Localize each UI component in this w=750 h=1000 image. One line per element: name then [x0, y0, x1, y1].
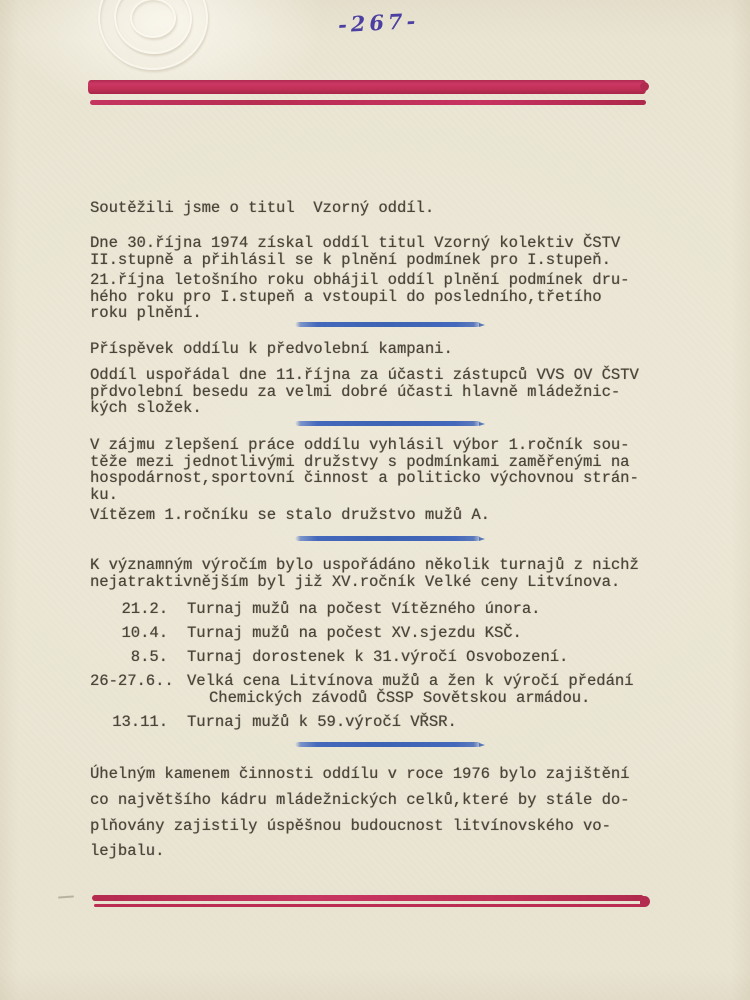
- typed-line: Turnaj mužů na počest Vítězného února.: [187, 601, 540, 618]
- event-description: Turnaj mužů k 59.výročí VŘSR.: [187, 714, 457, 731]
- section-heading: Soutěžili jsme o titul Vzorný oddíl.: [90, 200, 434, 217]
- paragraph: Dne 30.října 1974 získal oddíl titul Vzo…: [90, 235, 620, 268]
- typed-line: Turnaj mužů k 59.výročí VŘSR.: [187, 714, 457, 731]
- event-date: 21.2.: [90, 601, 168, 618]
- event-row: 13.11.Turnaj mužů k 59.výročí VŘSR.: [90, 714, 633, 731]
- event-date: 10.4.: [90, 625, 168, 642]
- event-row: 21.2.Turnaj mužů na počest Vítězného úno…: [90, 601, 633, 618]
- event-row: 10.4.Turnaj mužů na počest XV.sjezdu KSČ…: [90, 625, 633, 642]
- event-description: Velká cena Litvínova mužů a žen k výročí…: [187, 673, 633, 706]
- typed-line: Turnaj mužů na počest XV.sjezdu KSČ.: [187, 625, 522, 642]
- typed-line: přdvolební besedu za velmi dobré účasti …: [90, 384, 639, 401]
- event-date: 13.11.: [90, 714, 168, 731]
- typed-line: plňovány zajistily úspěšnou budoucnost l…: [90, 814, 630, 840]
- typed-line: kých složek.: [90, 400, 639, 417]
- bottom-red-rule: [92, 895, 650, 909]
- blue-divider: [295, 742, 481, 747]
- blue-marker-line: [295, 322, 481, 327]
- typed-line: Soutěžili jsme o titul Vzorný oddíl.: [90, 200, 434, 217]
- typewritten-content: Soutěžili jsme o titul Vzorný oddíl.Dne …: [90, 0, 710, 1000]
- typed-line: Vítězem 1.ročníku se stalo družstvo mužů…: [90, 507, 490, 524]
- event-description: Turnaj mužů na počest Vítězného února.: [187, 601, 540, 618]
- typed-line: roku plnění.: [90, 305, 630, 322]
- typed-line: Dne 30.října 1974 získal oddíl titul Vzo…: [90, 235, 620, 252]
- red-line-cap: [640, 896, 650, 907]
- blue-divider: [295, 421, 481, 426]
- typed-line: těže mezi jednotlivými družstvy s podmín…: [90, 454, 639, 471]
- typed-line: Turnaj dorostenek k 31.výročí Osvobození…: [187, 649, 568, 666]
- typed-line: Chemických závodů ČSSP Sovětskou armádou…: [209, 690, 633, 707]
- event-description: Turnaj dorostenek k 31.výročí Osvobození…: [187, 649, 568, 666]
- event-date: 8.5.: [90, 649, 168, 666]
- red-line-lower: [94, 904, 642, 907]
- paragraph: Oddíl uspořádal dne 11.října za účasti z…: [90, 367, 639, 417]
- blue-marker-line: [295, 536, 481, 541]
- blue-marker-line: [295, 421, 481, 426]
- event-row: 26-27.6..Velká cena Litvínova mužů a žen…: [90, 673, 633, 706]
- event-description: Turnaj mužů na počest XV.sjezdu KSČ.: [187, 625, 522, 642]
- typed-line: V zájmu zlepšení práce oddílu vyhlásil v…: [90, 437, 639, 454]
- typed-line: Příspěvek oddílu k předvolební kampani.: [90, 341, 453, 358]
- section-heading: Příspěvek oddílu k předvolební kampani.: [90, 341, 453, 358]
- paragraph: V zájmu zlepšení práce oddílu vyhlásil v…: [90, 437, 639, 503]
- blue-divider: [295, 536, 481, 541]
- typed-line: hého roku pro I.stupeň a vstoupil do pos…: [90, 289, 630, 306]
- blue-marker-line: [295, 742, 481, 747]
- typed-line: hospodárnost,sportovní činnost a politic…: [90, 470, 639, 487]
- typed-line: II.stupně a přihlásil se k plnění podmín…: [90, 252, 620, 269]
- typed-line: K významným výročím bylo uspořádáno něko…: [90, 557, 639, 574]
- paragraph: K významným výročím bylo uspořádáno něko…: [90, 557, 639, 590]
- red-line-upper: [92, 895, 644, 901]
- typed-line: Oddíl uspořádal dne 11.října za účasti z…: [90, 367, 639, 384]
- typed-line: lejbalu.: [90, 839, 630, 865]
- event-date: 26-27.6..: [90, 673, 168, 690]
- typed-line: nejatraktivnějším byl již XV.ročník Velk…: [90, 574, 639, 591]
- paragraph: Úhelným kamenem činnosti oddílu v roce 1…: [90, 762, 630, 865]
- typed-line: Velká cena Litvínova mužů a žen k výročí…: [187, 673, 633, 690]
- typed-line: Úhelným kamenem činnosti oddílu v roce 1…: [90, 762, 630, 788]
- blue-divider: [295, 322, 481, 327]
- typed-line: ku.: [90, 487, 639, 504]
- paragraph: 21.října letošního roku obhájil oddíl pl…: [90, 272, 630, 322]
- event-row: 8.5.Turnaj dorostenek k 31.výročí Osvobo…: [90, 649, 633, 666]
- pencil-mark: [58, 895, 74, 898]
- typed-line: co najvětšího kádru mládežnických celků,…: [90, 788, 630, 814]
- paragraph: Vítězem 1.ročníku se stalo družstvo mužů…: [90, 507, 490, 524]
- event-list: 21.2.Turnaj mužů na počest Vítězného úno…: [90, 601, 633, 738]
- scanned-page: -267- Soutěžili jsme o titul Vzorný oddí…: [0, 0, 750, 1000]
- typed-line: 21.října letošního roku obhájil oddíl pl…: [90, 272, 630, 289]
